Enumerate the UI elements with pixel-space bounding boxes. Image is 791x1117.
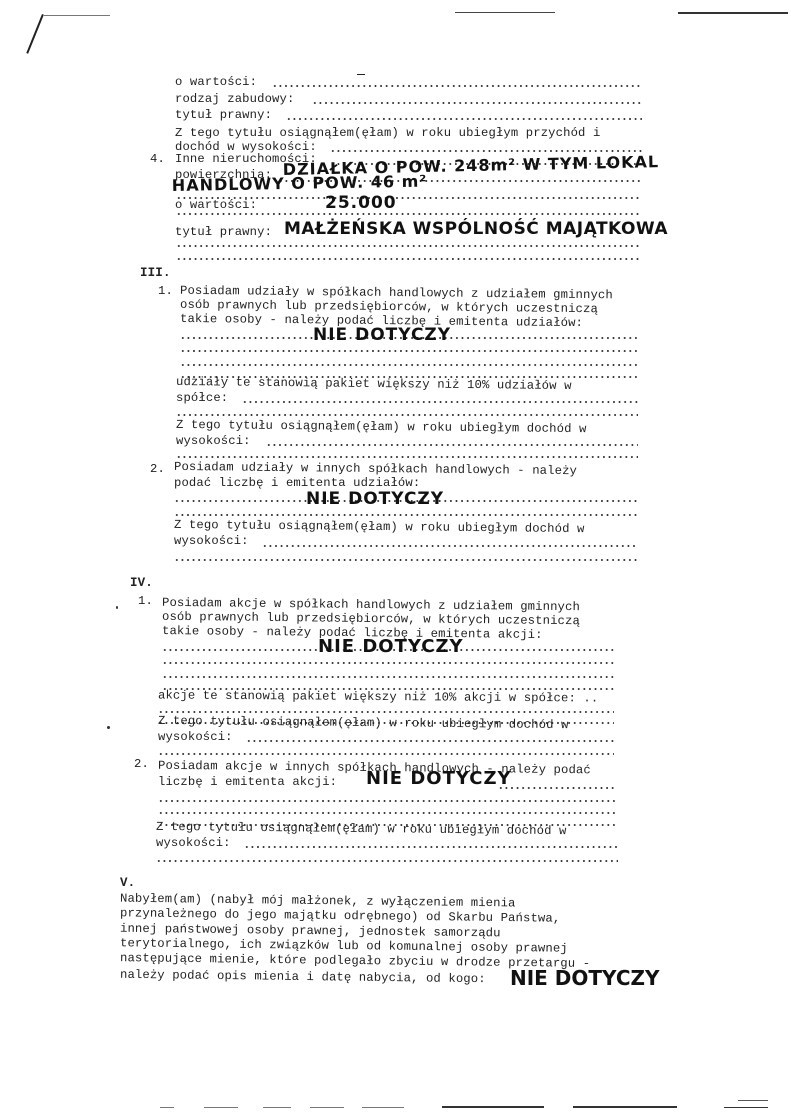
top-scan-line	[678, 12, 788, 14]
top-scan-line	[44, 15, 110, 16]
top-scan-line	[455, 12, 555, 13]
handwritten-not-applicable: NIE DOTYCZY	[510, 966, 659, 990]
packet-text: akcje te stanowią pakiet większy niż 10%…	[158, 688, 598, 705]
fill-line[interactable]	[312, 102, 642, 104]
item-number: 1.	[158, 284, 173, 298]
income-label-cont: wysokości:	[174, 534, 249, 548]
item-number: 2.	[150, 462, 165, 476]
fill-line[interactable]	[158, 800, 616, 802]
margin-speck	[107, 726, 110, 729]
fill-line[interactable]	[176, 414, 638, 416]
fill-line[interactable]	[180, 350, 638, 352]
handwritten-surface-2: HANDLOWY O POW. 46 m²	[172, 172, 428, 195]
fill-line[interactable]	[176, 456, 638, 458]
handwritten-not-applicable: NIE DOTYCZY	[366, 768, 512, 789]
acquisition-text: należy podać opis mienia i datę nabycia,…	[120, 968, 486, 986]
packet-text: udziały te stanowią pakiet większy niż 1…	[176, 375, 572, 393]
fill-line[interactable]	[176, 258, 642, 260]
bottom-scan-line	[442, 1106, 544, 1108]
fill-line[interactable]	[330, 150, 642, 152]
legal-title-label: tytuł prawny:	[175, 225, 272, 239]
fill-line[interactable]	[156, 860, 618, 862]
handwritten-not-applicable: NIE DOTYCZY	[313, 325, 451, 345]
income-label-cont: wysokości:	[176, 434, 251, 448]
bottom-scan-line	[362, 1107, 404, 1108]
building-type-label: rodzaj zabudowy:	[175, 92, 294, 106]
fill-line[interactable]	[180, 364, 638, 366]
fill-line[interactable]	[242, 401, 638, 403]
bottom-scan-line	[724, 1107, 768, 1108]
handwritten-not-applicable: NIE DOTYCZY	[318, 636, 464, 657]
fill-line[interactable]	[162, 662, 614, 664]
item-number: 1.	[138, 594, 153, 608]
handwritten-value: 25.000	[325, 193, 397, 213]
fill-line[interactable]	[266, 444, 638, 446]
item-number: 2.	[134, 757, 149, 771]
fill-line[interactable]	[162, 676, 614, 678]
scanned-document-page: o wartości: rodzaj zabudowy: tytuł prawn…	[0, 0, 791, 1117]
bottom-scan-line	[573, 1106, 677, 1108]
bottom-scan-line	[160, 1107, 174, 1108]
fill-line[interactable]	[286, 118, 642, 120]
income-label-cont: wysokości:	[156, 836, 231, 850]
packet-text: spółce:	[176, 391, 228, 405]
fill-line[interactable]	[262, 545, 638, 547]
item-number: 4.	[150, 152, 165, 166]
fill-line[interactable]	[272, 85, 642, 87]
shares-text: podać liczbę i emitenta udziałów:	[174, 476, 420, 490]
bottom-scan-line	[263, 1107, 291, 1108]
margin-slash-mark	[26, 14, 43, 54]
income-label-cont: wysokości:	[158, 730, 233, 744]
section-heading-V: V.	[120, 876, 135, 890]
handwritten-legal-title: MAŁŻEŃSKA WSPÓLNOŚĆ MAJĄTKOWA	[284, 219, 668, 239]
fill-line[interactable]	[158, 812, 616, 814]
value-label: o wartości:	[175, 75, 257, 89]
top-dash-mark	[357, 74, 365, 75]
fill-line[interactable]	[176, 245, 642, 247]
section-heading-IV: IV.	[130, 576, 153, 590]
income-label: Z tego tytułu osiągnąłem(ęłam) w roku ub…	[175, 126, 600, 140]
fill-line[interactable]	[176, 213, 642, 215]
fill-line[interactable]	[174, 514, 638, 516]
bottom-scan-line	[738, 1100, 768, 1101]
fill-line[interactable]	[158, 711, 614, 713]
handwritten-not-applicable: NIE DOTYCZY	[306, 489, 444, 509]
fill-line[interactable]	[158, 753, 614, 755]
fill-line[interactable]	[244, 846, 618, 848]
section-heading-III: III.	[140, 266, 171, 280]
legal-title-label: tytuł prawny:	[175, 108, 272, 122]
fill-line[interactable]	[498, 787, 614, 789]
value-label: o wartości:	[175, 198, 257, 212]
fill-line[interactable]	[246, 740, 614, 742]
fill-line[interactable]	[174, 559, 638, 561]
bottom-scan-line	[310, 1107, 344, 1108]
stocks-text: liczbę i emitenta akcji:	[158, 775, 337, 789]
bottom-scan-line	[204, 1107, 238, 1108]
margin-speck	[116, 606, 118, 609]
